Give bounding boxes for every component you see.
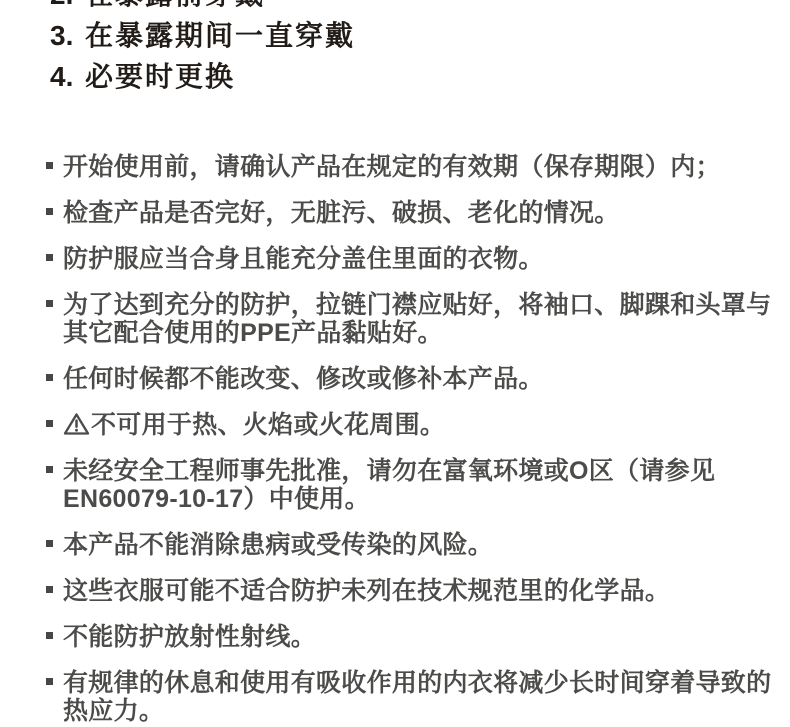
- square-bullet-marker: [46, 162, 53, 169]
- square-bullet-marker: [46, 208, 53, 215]
- precaution-text: 检查产品是否完好，无脏污、破损、老化的情况。: [63, 199, 620, 227]
- precaution-text-line: 未经安全工程师事先批准，请勿在富氧环境或O区（请参见EN60079-10-17）…: [63, 457, 775, 513]
- square-bullet-marker: [46, 632, 53, 639]
- precaution-item: 任何时候都不能改变、修改或修补本产品。: [46, 365, 790, 393]
- instruction-document-page: 2. 在暴露前穿戴 3. 在暴露期间一直穿戴 4. 必要时更换 开始使用前，请确…: [0, 0, 790, 727]
- square-bullet-marker: [46, 300, 53, 307]
- precaution-item: 为了达到充分的防护，拉链门襟应贴好，将袖口、脚踝和头罩与其它配合使用的PPE产品…: [46, 291, 790, 347]
- precaution-text: 不可用于热、火焰或火花周围。: [91, 411, 445, 439]
- precaution-text-line: 任何时候都不能改变、修改或修补本产品。: [63, 365, 775, 393]
- precaution-item: 这些衣服可能不适合防护未列在技术规范里的化学品。: [46, 577, 790, 605]
- precaution-item: 未经安全工程师事先批准，请勿在富氧环境或O区（请参见EN60079-10-17）…: [46, 457, 790, 513]
- precaution-text-line: 本产品不能消除患病或受传染的风险。: [63, 531, 775, 559]
- step-number: 2.: [50, 0, 85, 8]
- precaution-text: 未经安全工程师事先批准，请勿在富氧环境或O区（请参见EN60079-10-17）…: [63, 457, 715, 513]
- precaution-text: 这些衣服可能不适合防护未列在技术规范里的化学品。: [63, 577, 670, 605]
- precaution-item: 本产品不能消除患病或受传染的风险。: [46, 531, 790, 559]
- step-label: 在暴露前穿戴: [85, 0, 265, 8]
- square-bullet-marker: [46, 374, 53, 381]
- square-bullet-marker: [46, 586, 53, 593]
- donning-steps-list: 2. 在暴露前穿戴 3. 在暴露期间一直穿戴 4. 必要时更换: [0, 0, 790, 90]
- precaution-text: 任何时候都不能改变、修改或修补本产品。: [63, 365, 544, 393]
- precaution-text-line: 开始使用前，请确认产品在规定的有效期（保存期限）内；: [63, 153, 775, 181]
- precaution-item: 防护服应当合身且能充分盖住里面的衣物。: [46, 245, 790, 273]
- precaution-item: 不能防护放射性射线。: [46, 623, 790, 651]
- precaution-item: 有规律的休息和使用有吸收作用的内衣将减少长时间穿着导致的热应力。: [46, 669, 790, 725]
- step-label: 必要时更换: [85, 64, 235, 90]
- donning-step-item: 3. 在暴露期间一直穿戴: [50, 23, 790, 49]
- precaution-text-line: 这些衣服可能不适合防护未列在技术规范里的化学品。: [63, 577, 775, 605]
- square-bullet-marker: [46, 254, 53, 261]
- precaution-text-line: 为了达到充分的防护，拉链门襟应贴好，将袖口、脚踝和头罩与其它配合使用的PPE产品…: [63, 291, 775, 347]
- warning-triangle-icon: [63, 412, 90, 436]
- precautions-list: 开始使用前，请确认产品在规定的有效期（保存期限）内； 检查产品是否完好，无脏污、…: [0, 153, 790, 725]
- precaution-text-line: 防护服应当合身且能充分盖住里面的衣物。: [63, 245, 775, 273]
- donning-step-item: 4. 必要时更换: [50, 64, 790, 90]
- precaution-text: 不能防护放射性射线。: [63, 623, 316, 651]
- square-bullet-marker: [46, 466, 53, 473]
- step-label: 在暴露期间一直穿戴: [85, 23, 355, 49]
- precaution-text: 开始使用前，请确认产品在规定的有效期（保存期限）内；: [63, 153, 721, 181]
- precaution-text-line: 不可用于热、火焰或火花周围。: [63, 411, 775, 439]
- precaution-item: 开始使用前，请确认产品在规定的有效期（保存期限）内；: [46, 153, 790, 181]
- square-bullet-marker: [46, 420, 53, 427]
- precaution-item: 不可用于热、火焰或火花周围。: [46, 411, 790, 439]
- step-number: 4.: [50, 64, 85, 90]
- precaution-text: 本产品不能消除患病或受传染的风险。: [63, 531, 493, 559]
- square-bullet-marker: [46, 678, 53, 685]
- precaution-text: 有规律的休息和使用有吸收作用的内衣将减少长时间穿着导致的热应力。: [63, 669, 771, 725]
- donning-step-item: 2. 在暴露前穿戴: [50, 0, 790, 8]
- precaution-text: 防护服应当合身且能充分盖住里面的衣物。: [63, 245, 544, 273]
- square-bullet-marker: [46, 540, 53, 547]
- precaution-item: 检查产品是否完好，无脏污、破损、老化的情况。: [46, 199, 790, 227]
- precaution-text-line: 检查产品是否完好，无脏污、破损、老化的情况。: [63, 199, 775, 227]
- precaution-text: 为了达到充分的防护，拉链门襟应贴好，将袖口、脚踝和头罩与其它配合使用的PPE产品…: [63, 291, 771, 347]
- step-number: 3.: [50, 23, 85, 49]
- precaution-text-line: 有规律的休息和使用有吸收作用的内衣将减少长时间穿着导致的热应力。: [63, 669, 775, 725]
- precaution-text-line: 不能防护放射性射线。: [63, 623, 775, 651]
